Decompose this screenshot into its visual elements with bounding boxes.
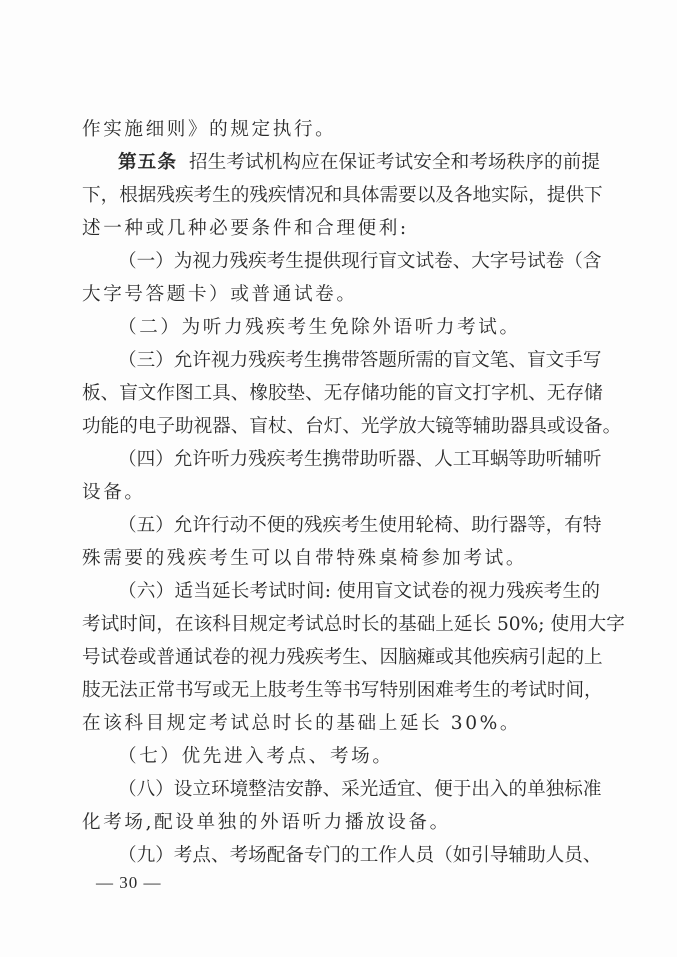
- text-line: 下，根据残疾考生的残疾情况和具体需要以及各地实际，提供下: [82, 184, 600, 208]
- item-5-line: （五）允许行动不便的残疾考生使用轮椅、助行器等，有特: [118, 514, 600, 538]
- page-number: — 30 —: [96, 872, 162, 894]
- article-text: 招生考试机构应在保证考试安全和考场秩序的前提: [189, 152, 600, 173]
- text-line: 作实施细则》的规定执行。: [82, 118, 600, 142]
- text-line: 述一种或几种必要条件和合理便利:: [82, 217, 600, 241]
- item-8-line: （八）设立环境整洁安静、采光适宜、便于出入的单独标准: [118, 778, 600, 802]
- text-line: 化考场,配设单独的外语听力播放设备。: [82, 811, 600, 835]
- text-line: 在该科目规定考试总时长的基础上延长 30%。: [82, 712, 600, 736]
- text-line: 肢无法正常书写或无上肢考生等书写特别困难考生的考试时间，: [82, 679, 600, 703]
- item-3-line: （三）允许视力残疾考生携带答题所需的盲文笔、盲文手写: [118, 349, 600, 373]
- article-5-line: 第五条 招生考试机构应在保证考试安全和考场秩序的前提: [118, 151, 600, 175]
- item-9-line: （九）考点、考场配备专门的工作人员（如引导辅助人员、: [118, 844, 600, 868]
- text-line: 板、盲文作图工具、橡胶垫、无存储功能的盲文打字机、无存储: [82, 382, 600, 406]
- text-line: 功能的电子助视器、盲杖、台灯、光学放大镜等辅助器具或设备。: [82, 415, 600, 439]
- item-1-line: （一）为视力残疾考生提供现行盲文试卷、大字号试卷（含: [118, 250, 600, 274]
- item-4-line: （四）允许听力残疾考生携带助听器、人工耳蜗等助听辅听: [118, 448, 600, 472]
- item-2-line: （二）为听力残疾考生免除外语听力考试。: [118, 316, 600, 340]
- text-line: 考试时间，在该科目规定考试总时长的基础上延长 50%; 使用大字: [82, 613, 600, 637]
- document-page: 作实施细则》的规定执行。 第五条 招生考试机构应在保证考试安全和考场秩序的前提 …: [0, 0, 677, 957]
- text-line: 设备。: [82, 481, 600, 505]
- item-7-line: （七）优先进入考点、考场。: [118, 745, 600, 769]
- text-line: 大字号答题卡）或普通试卷。: [82, 283, 600, 307]
- text-line: 号试卷或普通试卷的视力残疾考生、因脑瘫或其他疾病引起的上: [82, 646, 600, 670]
- article-heading: 第五条: [118, 152, 177, 173]
- item-6-line: （六）适当延长考试时间: 使用盲文试卷的视力残疾考生的: [118, 580, 600, 604]
- text-line: 殊需要的残疾考生可以自带特殊桌椅参加考试。: [82, 547, 600, 571]
